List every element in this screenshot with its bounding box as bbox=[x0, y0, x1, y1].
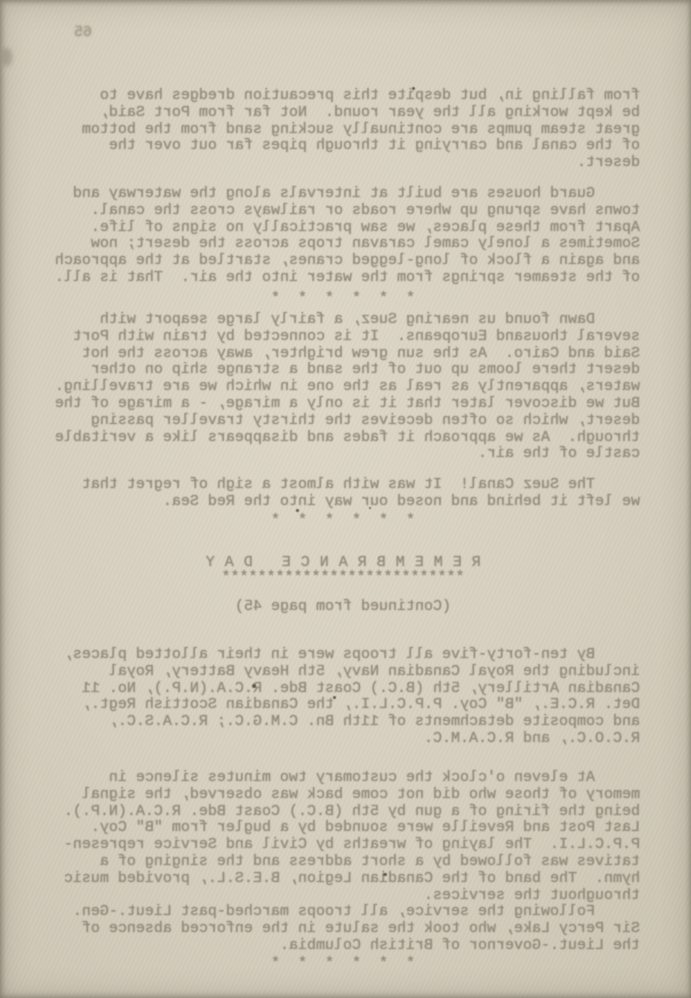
paragraph-suez-mirage: Dawn found us nearing Suez, a fairly lar… bbox=[46, 312, 640, 463]
mirrored-text-layer: 65 from falling in, but despite this pre… bbox=[0, 0, 691, 998]
asterisk-separator: * * * * * * bbox=[46, 291, 640, 308]
ink-speck bbox=[333, 696, 336, 699]
ink-speck bbox=[383, 873, 387, 876]
continued-from-note: (Continued from page 45) bbox=[46, 599, 640, 616]
paragraph-suez-canal-farewell: The Suez Canal! It was with almost a sig… bbox=[46, 477, 640, 511]
paragraph-march-past: Following the service, all troops marche… bbox=[46, 904, 640, 954]
asterisk-separator: * * * * * * bbox=[46, 513, 640, 530]
ink-speck bbox=[369, 507, 371, 509]
ink-speck bbox=[296, 509, 299, 512]
paragraph-guard-houses: Guard houses are built at intervals alon… bbox=[46, 186, 640, 287]
ink-speck bbox=[252, 684, 256, 688]
paragraph-silence-ceremony: At eleven o'clock the customary two minu… bbox=[46, 770, 640, 904]
paragraph-troops-placement: By ten-forty-five all troops were in the… bbox=[46, 647, 640, 748]
scan-edge-smudge bbox=[0, 48, 12, 66]
asterisk-separator: * * * * * * bbox=[46, 956, 640, 973]
heading-underline: *************************** bbox=[46, 570, 640, 587]
page-number: 65 bbox=[52, 24, 92, 41]
scanned-page: 65 from falling in, but despite this pre… bbox=[0, 0, 691, 998]
paragraph-canal-dredges: from falling in, but despite this precau… bbox=[46, 88, 640, 172]
ink-speck bbox=[412, 87, 415, 90]
